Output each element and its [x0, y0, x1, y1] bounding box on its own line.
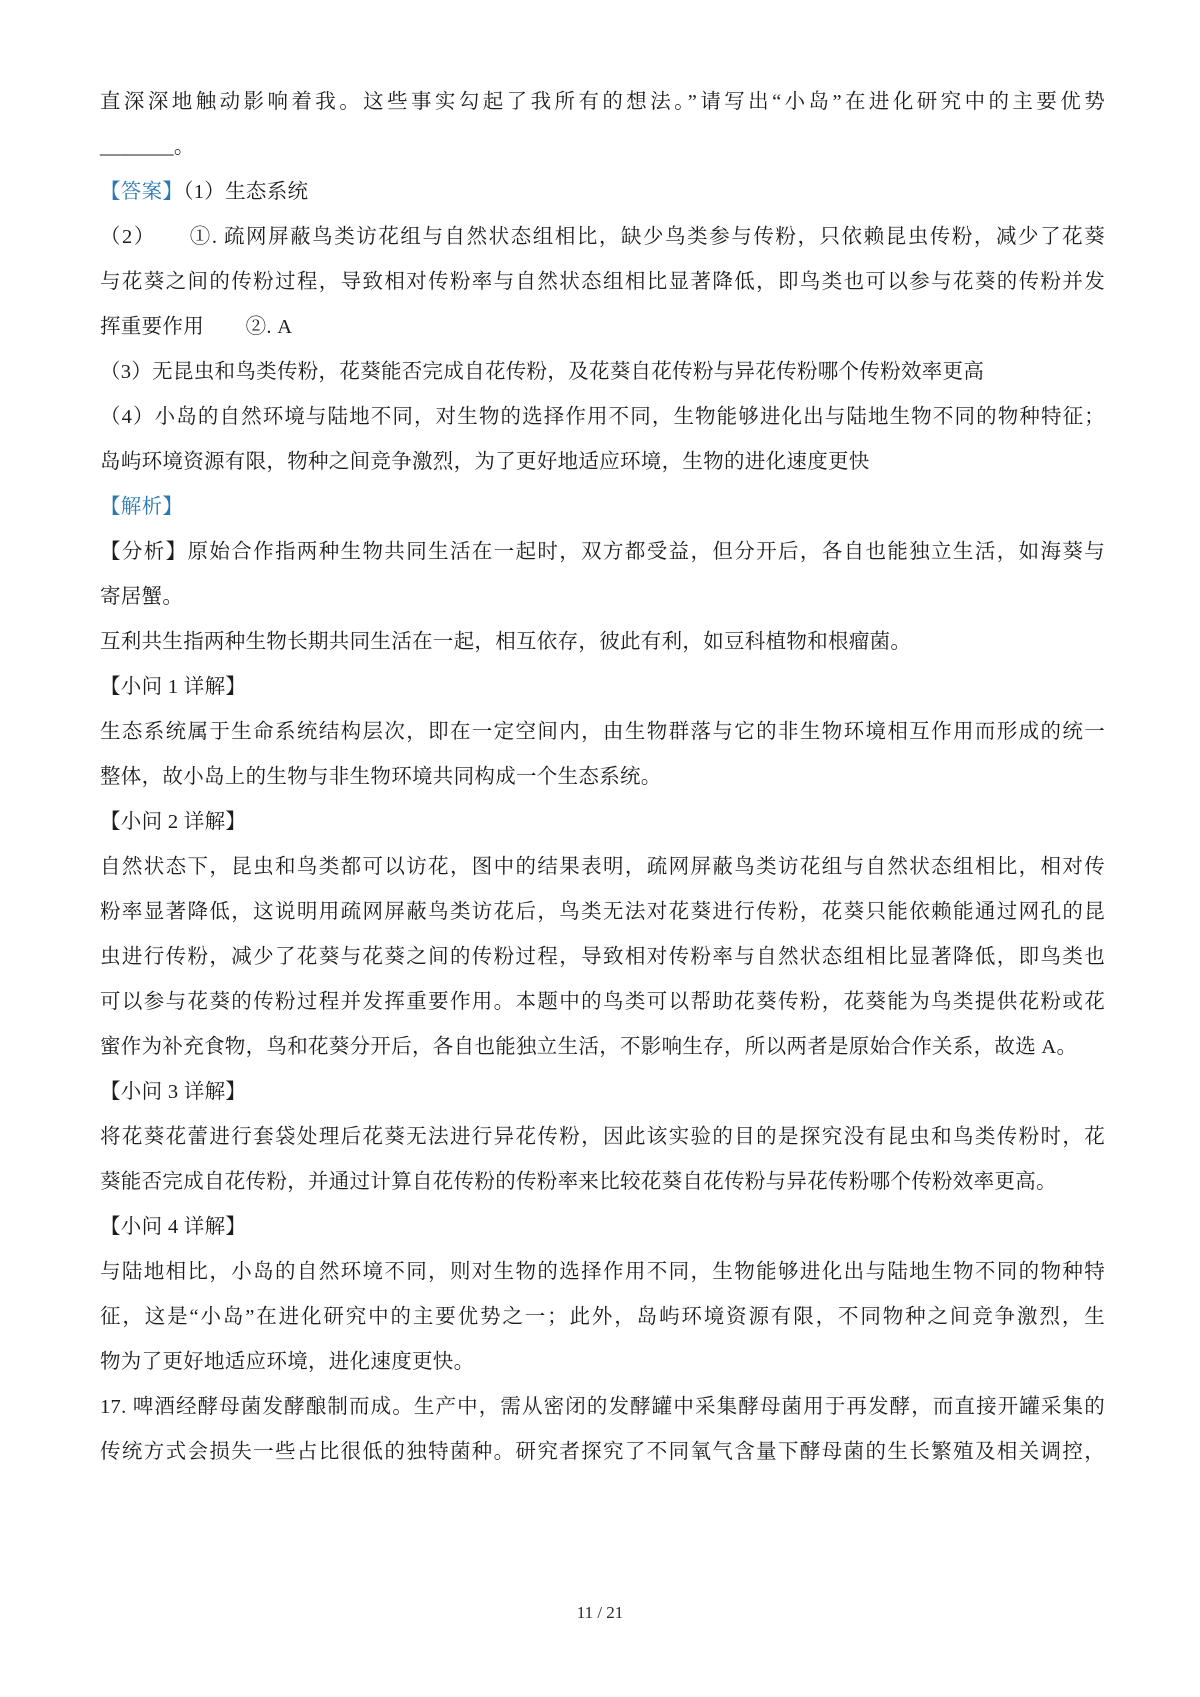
answer-q3-line: （3）无昆虫和鸟类传粉，花葵能否完成自花传粉，及花葵自花传粉与异花传粉哪个传粉效…: [100, 350, 1105, 395]
text-segment: （4）小岛的自然环境与陆地不同，对生物的选择作用不同，生物能够进化出与陆地生物不…: [100, 406, 1105, 428]
question-continuation-line: 直深深地触动影响着我。这些事实勾起了我所有的想法。”请写出“小岛”在进化研究中的…: [100, 80, 1105, 125]
document-page: 直深深地触动影响着我。这些事实勾起了我所有的想法。”请写出“小岛”在进化研究中的…: [0, 0, 1200, 1697]
text-segment: 粉率显著降低，这说明用疏网屏蔽鸟类访花后，鸟类无法对花葵进行传粉，花葵只能依赖能…: [100, 901, 1105, 923]
subquestion-3-body-line: 葵能否完成自花传粉，并通过计算自花传粉的传粉率来比较花葵自花传粉与异花传粉哪个传…: [100, 1160, 1105, 1205]
text-segment: 物为了更好地适应环境，进化速度更快。: [100, 1351, 474, 1373]
page-number: 11 / 21: [577, 1603, 624, 1622]
text-segment: （1）生态系统: [183, 181, 308, 203]
analysis-intro-line: 寄居蟹。: [100, 575, 1105, 620]
text-segment: （3）无昆虫和鸟类传粉，花葵能否完成自花传粉，及花葵自花传粉与异花传粉哪个传粉效…: [100, 361, 984, 383]
text-segment: 17. 啤酒经酵母菌发酵酿制而成。生产中，需从密闭的发酵罐中采集酵母菌用于再发酵…: [100, 1396, 1105, 1418]
text-segment: 【分析】原始合作指两种生物共同生活在一起时，双方都受益，但分开后，各自也能独立生…: [100, 541, 1105, 563]
subquestion-2-body-line: 自然状态下，昆虫和鸟类都可以访花，图中的结果表明，疏网屏蔽鸟类访花组与自然状态组…: [100, 845, 1105, 890]
analysis-intro-line: 【分析】原始合作指两种生物共同生活在一起时，双方都受益，但分开后，各自也能独立生…: [100, 530, 1105, 575]
text-segment: 自然状态下，昆虫和鸟类都可以访花，图中的结果表明，疏网屏蔽鸟类访花组与自然状态组…: [100, 856, 1105, 878]
answer-q2-line: 挥重要作用 ②. A: [100, 305, 1105, 350]
answer-q2-line: （2） ①. 疏网屏蔽鸟类访花组与自然状态组相比，缺少鸟类参与传粉，只依赖昆虫传…: [100, 215, 1105, 260]
text-segment: 将花葵花蕾进行套袋处理后花葵无法进行异花传粉，因此该实验的目的是探究没有昆虫和鸟…: [100, 1126, 1105, 1148]
text-segment: 挥重要作用 ②. A: [100, 316, 292, 338]
page-footer: 11 / 21: [0, 1590, 1200, 1635]
subquestion-4-header-line: 【小问 4 详解】: [100, 1205, 1105, 1250]
question-17-line: 17. 啤酒经酵母菌发酵酿制而成。生产中，需从密闭的发酵罐中采集酵母菌用于再发酵…: [100, 1385, 1105, 1430]
analysis-intro-line: 互利共生指两种生物长期共同生活在一起，相互依存，彼此有利，如豆科植物和根瘤菌。: [100, 620, 1105, 665]
answer-q4-line: 岛屿环境资源有限，物种之间竞争激烈，为了更好地适应环境，生物的进化速度更快: [100, 440, 1105, 485]
subquestion-3-body-line: 将花葵花蕾进行套袋处理后花葵无法进行异花传粉，因此该实验的目的是探究没有昆虫和鸟…: [100, 1115, 1105, 1160]
subquestion-3-header-line: 【小问 3 详解】: [100, 1070, 1105, 1115]
text-segment: _______。: [100, 136, 195, 158]
subquestion-2-body-line: 可以参与花葵的传粉过程并发挥重要作用。本题中的鸟类可以帮助花葵传粉，花葵能为鸟类…: [100, 980, 1105, 1025]
text-segment: 互利共生指两种生物长期共同生活在一起，相互依存，彼此有利，如豆科植物和根瘤菌。: [100, 631, 911, 653]
text-segment: 【小问 3 详解】: [100, 1081, 246, 1103]
subquestion-1-body-line: 整体，故小岛上的生物与非生物环境共同构成一个生态系统。: [100, 755, 1105, 800]
subquestion-1-header-line: 【小问 1 详解】: [100, 665, 1105, 710]
text-segment: 可以参与花葵的传粉过程并发挥重要作用。本题中的鸟类可以帮助花葵传粉，花葵能为鸟类…: [100, 991, 1105, 1013]
answer-q4-line: （4）小岛的自然环境与陆地不同，对生物的选择作用不同，生物能够进化出与陆地生物不…: [100, 395, 1105, 440]
subquestion-4-body-line: 与陆地相比，小岛的自然环境不同，则对生物的选择作用不同，生物能够进化出与陆地生物…: [100, 1250, 1105, 1295]
text-segment: 与陆地相比，小岛的自然环境不同，则对生物的选择作用不同，生物能够进化出与陆地生物…: [100, 1261, 1105, 1283]
subquestion-2-header-line: 【小问 2 详解】: [100, 800, 1105, 845]
subquestion-1-body-line: 生态系统属于生命系统结构层次，即在一定空间内，由生物群落与它的非生物环境相互作用…: [100, 710, 1105, 755]
subquestion-2-body-line: 粉率显著降低，这说明用疏网屏蔽鸟类访花后，鸟类无法对花葵进行传粉，花葵只能依赖能…: [100, 890, 1105, 935]
text-segment: 葵能否完成自花传粉，并通过计算自花传粉的传粉率来比较花葵自花传粉与异花传粉哪个传…: [100, 1171, 1057, 1193]
analysis-header-line: 【解析】: [100, 485, 1105, 530]
text-segment: 生态系统属于生命系统结构层次，即在一定空间内，由生物群落与它的非生物环境相互作用…: [100, 721, 1105, 743]
text-segment: 【小问 4 详解】: [100, 1216, 246, 1238]
subquestion-2-body-line: 蜜作为补充食物，鸟和花葵分开后，各自也能独立生活，不影响生存，所以两者是原始合作…: [100, 1025, 1105, 1070]
subquestion-4-body-line: 征，这是“小岛”在进化研究中的主要优势之一；此外，岛屿环境资源有限，不同物种之间…: [100, 1295, 1105, 1340]
text-segment: 【小问 2 详解】: [100, 811, 246, 833]
section-marker-label: 【答案】: [100, 181, 183, 203]
text-segment: 岛屿环境资源有限，物种之间竞争激烈，为了更好地适应环境，生物的进化速度更快: [100, 451, 870, 473]
text-segment: 蜜作为补充食物，鸟和花葵分开后，各自也能独立生活，不影响生存，所以两者是原始合作…: [100, 1036, 1077, 1058]
answer-q2-line: 与花葵之间的传粉过程，导致相对传粉率与自然状态组相比显著降低，即鸟类也可以参与花…: [100, 260, 1105, 305]
text-segment: （2） ①. 疏网屏蔽鸟类访花组与自然状态组相比，缺少鸟类参与传粉，只依赖昆虫传…: [100, 226, 1105, 248]
page-content: 直深深地触动影响着我。这些事实勾起了我所有的想法。”请写出“小岛”在进化研究中的…: [100, 80, 1105, 1475]
blank-answer-line: _______。: [100, 125, 1105, 170]
subquestion-4-body-line: 物为了更好地适应环境，进化速度更快。: [100, 1340, 1105, 1385]
question-17-line: 传统方式会损失一些占比很低的独特菌种。研究者探究了不同氧气含量下酵母菌的生长繁殖…: [100, 1430, 1105, 1475]
text-segment: 虫进行传粉，减少了花葵与花葵之间的传粉过程，导致相对传粉率与自然状态组相比显著降…: [100, 946, 1105, 968]
text-segment: 整体，故小岛上的生物与非生物环境共同构成一个生态系统。: [100, 766, 662, 788]
text-segment: 传统方式会损失一些占比很低的独特菌种。研究者探究了不同氧气含量下酵母菌的生长繁殖…: [100, 1441, 1105, 1463]
answer-header-line: 【答案】（1）生态系统: [100, 170, 1105, 215]
text-segment: 【小问 1 详解】: [100, 676, 246, 698]
text-segment: 征，这是“小岛”在进化研究中的主要优势之一；此外，岛屿环境资源有限，不同物种之间…: [100, 1306, 1105, 1328]
text-segment: 直深深地触动影响着我。这些事实勾起了我所有的想法。”请写出“小岛”在进化研究中的…: [100, 91, 1105, 113]
text-segment: 与花葵之间的传粉过程，导致相对传粉率与自然状态组相比显著降低，即鸟类也可以参与花…: [100, 271, 1105, 293]
text-segment: 寄居蟹。: [100, 586, 183, 608]
subquestion-2-body-line: 虫进行传粉，减少了花葵与花葵之间的传粉过程，导致相对传粉率与自然状态组相比显著降…: [100, 935, 1105, 980]
section-marker-label: 【解析】: [100, 496, 183, 518]
